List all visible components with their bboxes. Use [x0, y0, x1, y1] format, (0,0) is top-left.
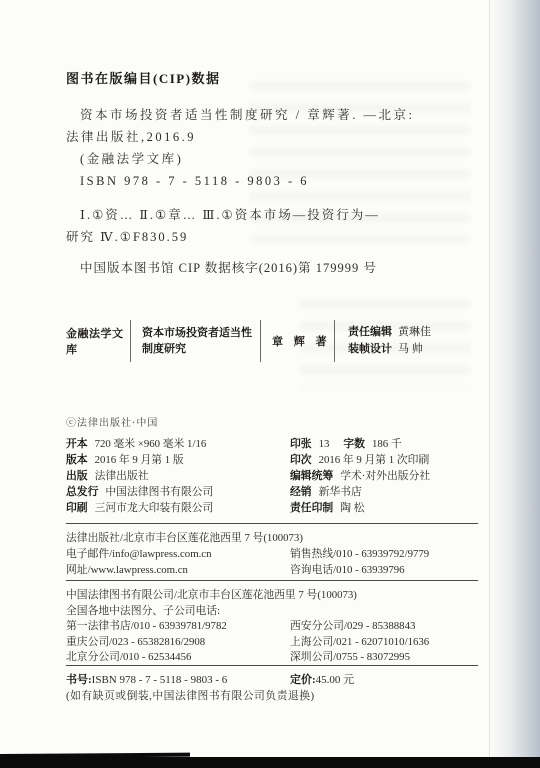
- colophon-value: 新华书店: [319, 486, 362, 498]
- colophon-value: 186 千: [372, 438, 402, 450]
- cip-isbn-line: ISBN 978 - 7 - 5118 - 9803 - 6: [66, 170, 478, 192]
- designer-row: 装帧设计马 帅: [348, 341, 478, 358]
- cip-title-line: 资本市场投资者适当性制度研究 / 章辉著. —北京:: [66, 104, 478, 126]
- colophon-label: 出版: [66, 470, 88, 482]
- branch-phone: 西安分公司/029 - 85388843: [290, 619, 415, 635]
- branch-row: 重庆公司/023 - 65382816/2908 上海公司/021 - 6207…: [66, 635, 478, 651]
- publisher-email: 电子邮件/info@lawpress.com.cn: [66, 546, 290, 562]
- colophon-value: 法律出版社: [95, 470, 149, 482]
- cip-section-heading: 图书在版编目(CIP)数据: [66, 68, 478, 87]
- cip-series-line: (金融法学文库): [66, 148, 478, 170]
- publisher-website: 网址/www.lawpress.com.cn: [66, 562, 290, 578]
- cip-classification-line2: 研究 Ⅳ.①F830.59: [66, 226, 478, 248]
- contact-row: 电子邮件/info@lawpress.com.cn 销售热线/010 - 639…: [66, 546, 478, 562]
- price-label: 定价:: [290, 674, 316, 686]
- divider-rule: [66, 580, 478, 581]
- colophon-label: 印张: [290, 438, 312, 450]
- colophon-value: 2016 年 9 月第 1 次印刷: [319, 454, 430, 466]
- book-number-value: ISBN 978 - 7 - 5118 - 9803 - 6: [92, 674, 228, 686]
- book-title-line2: 制度研究: [142, 341, 260, 357]
- colophon-label: 总发行: [66, 486, 98, 498]
- colophon-label: 版本: [66, 454, 88, 466]
- page-edge-crease: [489, 0, 490, 768]
- cip-bibliographic-block: 资本市场投资者适当性制度研究 / 章辉著. —北京: 法律出版社,2016.9 …: [66, 104, 478, 192]
- colophon-label: 开本: [66, 438, 88, 450]
- branch-phone: 北京分公司/010 - 62534456: [66, 650, 290, 666]
- colophon-value: 2016 年 9 月第 1 版: [95, 454, 184, 466]
- publisher-contact-block: 法律出版社/北京市丰台区莲花池西里 7 号(100073) 电子邮件/info@…: [66, 530, 478, 578]
- branch-row: 北京分公司/010 - 62534456 深圳公司/0755 - 8307299…: [66, 650, 478, 666]
- colophon-label: 责任印制: [290, 502, 333, 514]
- colophon-row: 版本2016 年 9 月第 1 版: [66, 452, 290, 468]
- cip-classification-block: Ⅰ.①资… Ⅱ.①章… Ⅲ.①资本市场—投资行为— 研究 Ⅳ.①F830.59: [66, 204, 478, 248]
- credits-cell: 责任编辑黄琳佳 装帧设计马 帅: [334, 320, 478, 362]
- colophon-label: 印次: [290, 454, 312, 466]
- distributor-address: 中国法律图书有限公司/北京市丰台区莲花池西里 7 号(100073): [66, 588, 478, 604]
- colophon-value: 陶 松: [340, 502, 364, 514]
- colophon-value: 中国法律图书有限公司: [105, 486, 213, 498]
- cip-classification-line1: Ⅰ.①资… Ⅱ.①章… Ⅲ.①资本市场—投资行为—: [66, 204, 478, 226]
- colophon-block: 开本720 毫米 ×960 毫米 1/16 版本2016 年 9 月第 1 版 …: [66, 436, 478, 516]
- colophon-value: 学术·对外出版分社: [340, 470, 430, 482]
- designer-label: 装帧设计: [348, 343, 392, 355]
- colophon-label: 印刷: [66, 502, 88, 514]
- colophon-value: 13: [319, 438, 330, 450]
- author-cell: 章 辉 著: [260, 320, 334, 362]
- colophon-row: 印次2016 年 9 月第 1 次印刷: [290, 452, 478, 468]
- editor-row: 责任编辑黄琳佳: [348, 324, 478, 341]
- copyright-line: ⓒ法律出版社·中国: [66, 414, 478, 429]
- editor-name: 黄琳佳: [398, 326, 431, 338]
- colophon-label: 编辑统筹: [290, 470, 333, 482]
- book-copyright-page: 图书在版编目(CIP)数据 资本市场投资者适当性制度研究 / 章辉著. —北京:…: [0, 0, 540, 768]
- cip-publisher-line: 法律出版社,2016.9: [66, 126, 478, 148]
- price-value: 45.00 元: [316, 674, 355, 686]
- inquiry-phone: 咨询电话/010 - 63939796: [290, 562, 405, 578]
- book-number-price-row: 书号:ISBN 978 - 7 - 5118 - 9803 - 6 定价:45.…: [66, 671, 478, 687]
- branch-phone: 深圳公司/0755 - 83072995: [290, 650, 410, 666]
- colophon-row: 编辑统筹学术·对外出版分社: [290, 468, 478, 484]
- colophon-row: 责任印制陶 松: [290, 500, 478, 516]
- branch-phone: 重庆公司/023 - 65382816/2908: [66, 635, 290, 651]
- book-number: 书号:ISBN 978 - 7 - 5118 - 9803 - 6: [66, 671, 290, 687]
- publisher-address: 法律出版社/北京市丰台区莲花池西里 7 号(100073): [66, 530, 478, 546]
- colophon-row: 印张13字数186 千: [290, 436, 478, 452]
- colophon-row: 印刷三河市龙大印装有限公司: [66, 500, 290, 516]
- sales-hotline: 销售热线/010 - 63939792/9779: [290, 546, 429, 562]
- branch-phone: 第一法律书店/010 - 63939781/9782: [66, 619, 290, 635]
- scan-bottom-edge: [0, 757, 540, 768]
- author-name: 章 辉 著: [272, 333, 334, 349]
- divider-rule: [66, 523, 478, 524]
- series-name: 金融法学文库: [66, 325, 130, 357]
- price: 定价:45.00 元: [290, 671, 354, 687]
- colophon-right-column: 印张13字数186 千 印次2016 年 9 月第 1 次印刷 编辑统筹学术·对…: [290, 436, 478, 516]
- scan-edge-shadow: [490, 0, 540, 768]
- colophon-label: 经销: [290, 486, 312, 498]
- cip-registry-line: 中国版本图书馆 CIP 数据核字(2016)第 179999 号: [66, 258, 478, 276]
- colophon-value: 三河市龙大印装有限公司: [95, 502, 214, 514]
- colophon-row: 经销新华书店: [290, 484, 478, 500]
- colophon-left-column: 开本720 毫米 ×960 毫米 1/16 版本2016 年 9 月第 1 版 …: [66, 436, 290, 516]
- colophon-row: 开本720 毫米 ×960 毫米 1/16: [66, 436, 290, 452]
- divider-rule: [66, 665, 478, 666]
- title-credits-table: 金融法学文库 资本市场投资者适当性 制度研究 章 辉 著 责任编辑黄琳佳 装帧设…: [66, 320, 478, 362]
- colophon-value: 720 毫米 ×960 毫米 1/16: [95, 438, 207, 450]
- book-number-label: 书号:: [66, 674, 92, 686]
- branch-row: 第一法律书店/010 - 63939781/9782 西安分公司/029 - 8…: [66, 619, 478, 635]
- branches-intro: 全国各地中法图分、子公司电话:: [66, 604, 478, 620]
- designer-name: 马 帅: [398, 343, 423, 355]
- distributor-block: 中国法律图书有限公司/北京市丰台区莲花池西里 7 号(100073) 全国各地中…: [66, 588, 478, 666]
- book-title-line1: 资本市场投资者适当性: [142, 325, 260, 341]
- branch-phone: 上海公司/021 - 62071010/1636: [290, 635, 429, 651]
- colophon-row: 总发行中国法律图书有限公司: [66, 484, 290, 500]
- contact-row: 网址/www.lawpress.com.cn 咨询电话/010 - 639397…: [66, 562, 478, 578]
- editor-label: 责任编辑: [348, 326, 392, 338]
- book-title-cell: 资本市场投资者适当性 制度研究: [130, 320, 260, 362]
- colophon-row: 出版法律出版社: [66, 468, 290, 484]
- replacement-note: (如有缺页或倒装,中国法律图书有限公司负责退换): [66, 688, 478, 703]
- series-name-cell: 金融法学文库: [66, 320, 130, 362]
- colophon-label: 字数: [343, 438, 365, 450]
